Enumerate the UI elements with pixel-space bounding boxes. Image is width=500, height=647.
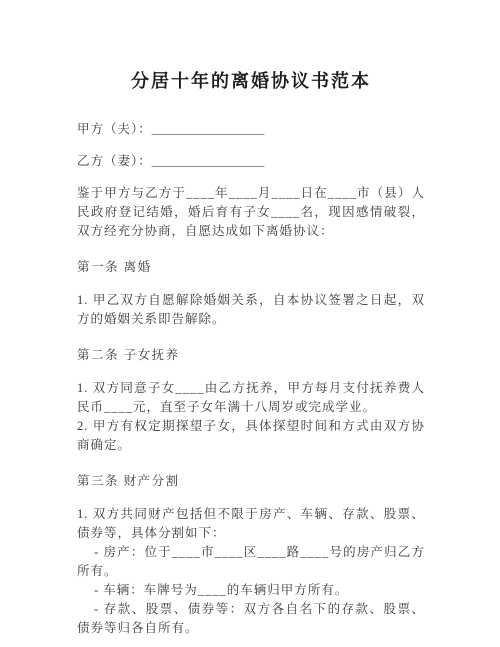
section-2-clause-2: 2. 甲方有权定期探望子女，具体探望时间和方式由双方协商确定。	[77, 417, 425, 455]
section-3-bullet-vehicle: - 车辆：车牌号为____的车辆归甲方所有。	[77, 581, 425, 600]
section-3-heading: 第三条 财产分割	[77, 472, 425, 491]
section-1-heading: 第一条 离婚	[77, 258, 425, 277]
section-3-clause-1: 1. 双方共同财产包括但不限于房产、车辆、存款、股票、债券等，具体分割如下：	[77, 505, 425, 543]
section-2-heading: 第二条 子女抚养	[77, 346, 425, 365]
party-b-label: 乙方（妻）：	[77, 154, 152, 168]
party-a-line: 甲方（夫）：__________________	[77, 120, 425, 139]
section-3-bullet-savings: - 存款、股票、债券等：双方各自名下的存款、股票、债券等归各自所有。	[77, 600, 425, 638]
section-2-clause-1: 1. 双方同意子女____由乙方抚养，甲方每月支付抚养费人民币____元，直至子…	[77, 379, 425, 417]
section-1-clause-1: 1. 甲乙双方自愿解除婚姻关系，自本协议签署之日起，双方的婚姻关系即告解除。	[77, 291, 425, 329]
section-3-bullet-house: - 房产：位于____市____区____路____号的房产归乙方所有。	[77, 543, 425, 581]
document-page: 分居十年的离婚协议书范本 甲方（夫）：__________________ 乙方…	[0, 0, 500, 647]
preamble-paragraph: 鉴于甲方与乙方于____年____月____日在____市（县）人民政府登记结婚…	[77, 184, 425, 241]
party-b-blank: __________________	[152, 154, 265, 168]
party-a-label: 甲方（夫）：	[77, 122, 152, 136]
party-a-blank: __________________	[152, 122, 265, 136]
party-b-line: 乙方（妻）：__________________	[77, 152, 425, 171]
document-title: 分居十年的离婚协议书范本	[77, 68, 425, 94]
